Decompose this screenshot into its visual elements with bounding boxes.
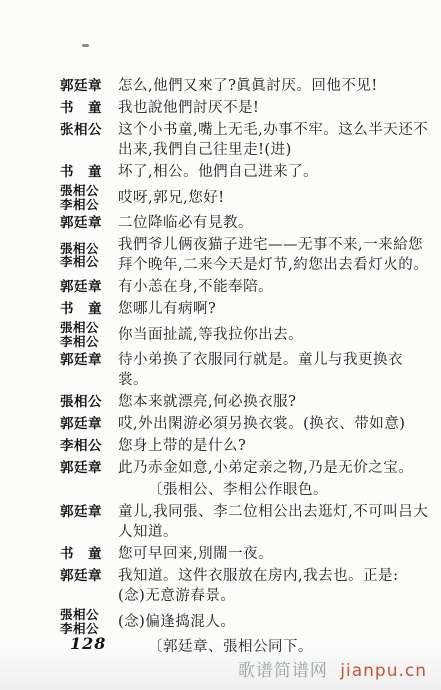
watermark-site-name: 歌谱简谱网 [238, 661, 328, 681]
dialogue-text: (念)无意游春景。 [118, 586, 431, 606]
speaker-name-text: 張相公 [60, 394, 102, 410]
dialogue-text: 哎呀,郭兄,您好! [118, 188, 431, 208]
script-line: 郭廷章童儿,我同張、李二位相公出去逛灯,不可叫吕大人知道。 [60, 502, 431, 542]
page-number: 128 [70, 634, 106, 653]
dialogue-text: 此乃赤金如意,小弟定亲之物,乃是无价之宝。 [118, 458, 431, 478]
stage-direction-text: 〔張相公、李相公作眼色。 [148, 480, 431, 500]
dialogue-textcol: (念)偏逢捣混人。 [118, 612, 431, 632]
dialogue-text: 有小恙在身,不能奉陪。 [118, 277, 431, 297]
speaker-name-text: 郭廷章 [60, 416, 102, 432]
dialogue-text: 我們爷儿俩夜猫子进宅——无事不来,一来給您拜个晚年,二来今天是灯节,約您出去看灯… [118, 235, 431, 275]
stage-direction-text: 〔郭廷章、張相公同下。 [148, 637, 431, 657]
speaker-name: 书 童 [60, 299, 108, 319]
dialogue-text: 二位降临必有見教。 [118, 213, 431, 233]
speaker-name: 郭廷章 [60, 277, 108, 297]
stage-direction-textcol: 〔張相公、李相公作眼色。 [148, 480, 431, 500]
speaker-name-text: 郭廷章 [60, 568, 102, 584]
speaker-name: 張相公李相公 [60, 235, 108, 275]
dialogue-text: 我知道。这件衣服放在房内,我去也。正是: [118, 566, 431, 586]
script-line: 郭廷章二位降临必有見教。 [60, 213, 431, 233]
speaker-name-text: 李相公 [60, 198, 108, 212]
script-line: 李相公您身上带的是什么? [60, 436, 431, 456]
dialogue-text: 您哪儿有病啊? [118, 299, 431, 319]
dialogue-textcol: 我知道。这件衣服放在房内,我去也。正是:(念)无意游春景。 [118, 566, 431, 606]
script-line: 书 童您可早回来,別閙一夜。 [60, 544, 431, 564]
speaker-name: 郭廷章 [60, 213, 108, 233]
stage-direction-textcol: 〔郭廷章、張相公同下。 [148, 637, 431, 657]
speaker-name-text: 郭廷章 [60, 504, 102, 520]
script-line: 郭廷章哎,外出閑游必須另换衣裳。(换衣、带如意) [60, 414, 431, 434]
watermark-site-url: jianpu.cn [340, 661, 427, 681]
script-line: 張相公您本来就漂亮,何必换衣服? [60, 392, 431, 412]
speaker-name-text: 張相公 [60, 321, 108, 335]
dialogue-text: 您可早回来,別閙一夜。 [118, 544, 431, 564]
dialogue-textcol: 我也說他們討厌不是! [118, 98, 431, 118]
speaker-name-text: 张相公 [60, 122, 102, 138]
speaker-name-text: 书 童 [60, 100, 102, 116]
script-line: 張相公李相公我們爷儿俩夜猫子进宅——无事不来,一来給您拜个晚年,二来今天是灯节,… [60, 235, 431, 275]
dialogue-textcol: 您可早回来,別閙一夜。 [118, 544, 431, 564]
speaker-name: 張相公李相公 [60, 184, 108, 211]
speaker-name: 郭廷章 [60, 414, 108, 434]
speaker-name: 張相公李相公 [60, 321, 108, 348]
speaker-name-text: 郭廷章 [60, 279, 102, 295]
speaker-name: 张相公 [60, 120, 108, 160]
speaker-name-text: 书 童 [60, 164, 102, 180]
dialogue-text: 这个小书童,嘴上无毛,办事不牢。这么半天还不出来,我們自己往里走!(进) [118, 120, 431, 160]
speaker-name: 书 童 [60, 98, 108, 118]
speaker-name-text: 郭廷章 [60, 460, 102, 476]
dialogue-textcol: 我們爷儿俩夜猫子进宅——无事不来,一来給您拜个晚年,二来今天是灯节,約您出去看灯… [118, 235, 431, 275]
script-line: 張相公李相公(念)偏逢捣混人。 [60, 608, 431, 635]
script-line: 郭廷章有小恙在身,不能奉陪。 [60, 277, 431, 297]
speaker-name-text: 李相公 [60, 335, 108, 349]
dialogue-textcol: 怎么,他們又來了?眞眞討厌。回他不见! [118, 76, 431, 96]
script-line: 书 童我也說他們討厌不是! [60, 98, 431, 118]
script-line: 郭廷章我知道。这件衣服放在房内,我去也。正是:(念)无意游春景。 [60, 566, 431, 606]
script-line: 书 童您哪儿有病啊? [60, 299, 431, 319]
book-page: 郭廷章怎么,他們又來了?眞眞討厌。回他不见!书 童我也說他們討厌不是!张相公这个… [0, 0, 441, 690]
dialogue-textcol: 您本来就漂亮,何必换衣服? [118, 392, 431, 412]
script-line: 郭廷章怎么,他們又來了?眞眞討厌。回他不见! [60, 76, 431, 96]
dialogue-text: 童儿,我同張、李二位相公出去逛灯,不可叫吕大人知道。 [118, 502, 431, 542]
speaker-name: 书 童 [60, 162, 108, 182]
dialogue-textcol: 哎呀,郭兄,您好! [118, 188, 431, 208]
speaker-name-text: 李相公 [60, 255, 108, 269]
stage-direction-line: 〔張相公、李相公作眼色。 [60, 480, 431, 500]
dialogue-text: 待小弟换了衣服同行就是。童儿与我更换衣裳。 [118, 350, 431, 390]
dialogue-textcol: 你当面扯謊,等我拉你出去。 [118, 325, 431, 345]
dialogue-text: 哎,外出閑游必須另换衣裳。(换衣、带如意) [118, 414, 431, 434]
dialogue-textcol: 您身上带的是什么? [118, 436, 431, 456]
speaker-name: 郭廷章 [60, 502, 108, 542]
speaker-name-text: 郭廷章 [60, 352, 102, 368]
speaker-name-text: 书 童 [60, 546, 102, 562]
dialogue-text: 您身上带的是什么? [118, 436, 431, 456]
speaker-name: 郭廷章 [60, 350, 108, 390]
speaker-name-text: 李相公 [60, 622, 108, 636]
dialogue-textcol: 待小弟换了衣服同行就是。童儿与我更换衣裳。 [118, 350, 431, 390]
speaker-name-text: 張相公 [60, 242, 108, 256]
watermark: 歌谱简谱网 jianpu.cn [238, 656, 427, 681]
script-line: 張相公李相公哎呀,郭兄,您好! [60, 184, 431, 211]
dialogue-text: 你当面扯謊,等我拉你出去。 [118, 325, 431, 345]
speaker-name-text: 郭廷章 [60, 78, 102, 94]
speaker-name: 郭廷章 [60, 566, 108, 606]
speaker-name-text: 书 童 [60, 301, 102, 317]
dialogue-textcol: 童儿,我同張、李二位相公出去逛灯,不可叫吕大人知道。 [118, 502, 431, 542]
speaker-name: 书 童 [60, 544, 108, 564]
script-line: 书 童坏了,相公。他們自己进来了。 [60, 162, 431, 182]
script-content: 郭廷章怎么,他們又來了?眞眞討厌。回他不见!书 童我也說他們討厌不是!张相公这个… [60, 76, 431, 659]
dialogue-text: (念)偏逢捣混人。 [118, 612, 431, 632]
speaker-name: 郭廷章 [60, 76, 108, 96]
speaker-name: 張相公 [60, 392, 108, 412]
speaker-name: 郭廷章 [60, 458, 108, 478]
speaker-name-text: 李相公 [60, 438, 102, 454]
dialogue-text: 怎么,他們又來了?眞眞討厌。回他不见! [118, 76, 431, 96]
dialogue-textcol: 坏了,相公。他們自己进来了。 [118, 162, 431, 182]
speaker-name: 李相公 [60, 436, 108, 456]
dialogue-textcol: 这个小书童,嘴上无毛,办事不牢。这么半天还不出来,我們自己往里走!(进) [118, 120, 431, 160]
speaker-name-text: 張相公 [60, 184, 108, 198]
dialogue-text: 我也說他們討厌不是! [118, 98, 431, 118]
dialogue-textcol: 您哪儿有病啊? [118, 299, 431, 319]
dialogue-textcol: 哎,外出閑游必須另换衣裳。(换衣、带如意) [118, 414, 431, 434]
speaker-name-text: 張相公 [60, 608, 108, 622]
dialogue-text: 坏了,相公。他們自己进来了。 [118, 162, 431, 182]
script-line: 郭廷章待小弟换了衣服同行就是。童儿与我更换衣裳。 [60, 350, 431, 390]
script-line: 張相公李相公你当面扯謊,等我拉你出去。 [60, 321, 431, 348]
speaker-name: 張相公李相公 [60, 608, 108, 635]
stage-direction-line: 〔郭廷章、張相公同下。 [60, 637, 431, 657]
dialogue-textcol: 此乃赤金如意,小弟定亲之物,乃是无价之宝。 [118, 458, 431, 478]
dialogue-textcol: 二位降临必有見教。 [118, 213, 431, 233]
speaker-name-text: 郭廷章 [60, 215, 102, 231]
script-line: 张相公这个小书童,嘴上无毛,办事不牢。这么半天还不出来,我們自己往里走!(进) [60, 120, 431, 160]
ink-speck [82, 44, 89, 47]
dialogue-textcol: 有小恙在身,不能奉陪。 [118, 277, 431, 297]
dialogue-text: 您本来就漂亮,何必换衣服? [118, 392, 431, 412]
script-line: 郭廷章此乃赤金如意,小弟定亲之物,乃是无价之宝。 [60, 458, 431, 478]
